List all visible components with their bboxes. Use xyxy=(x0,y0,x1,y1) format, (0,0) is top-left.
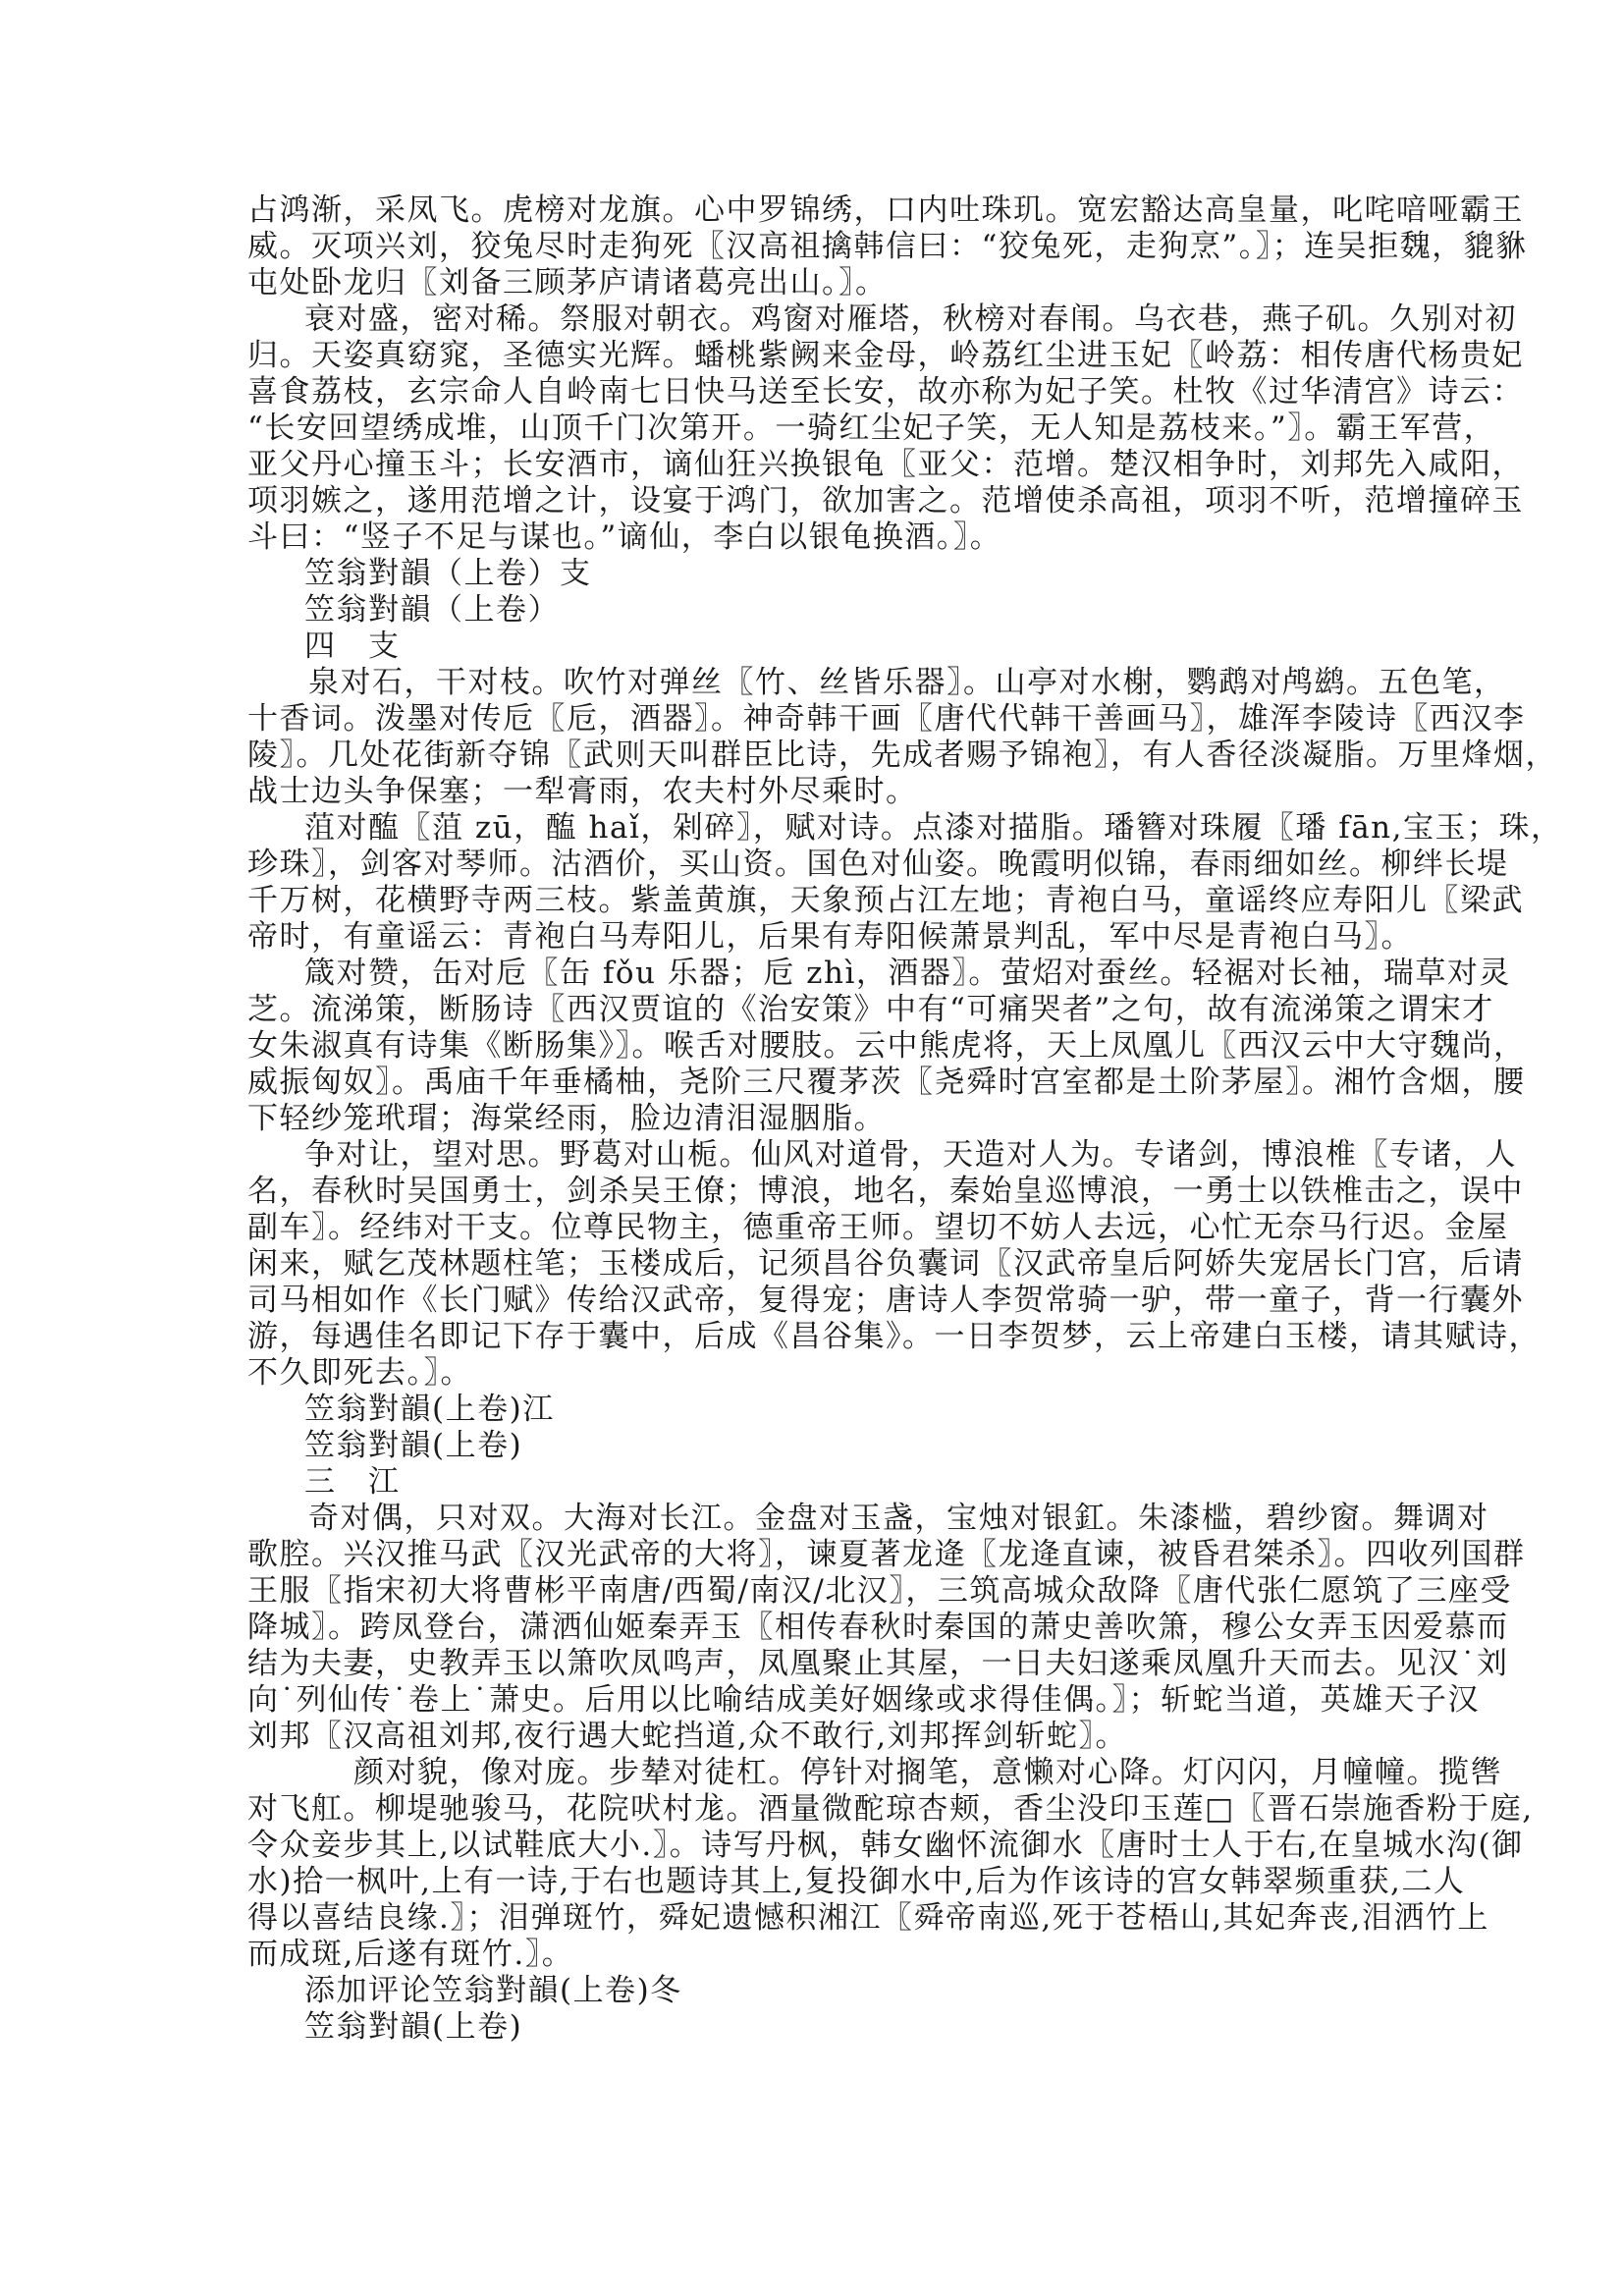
text-line: 菹对醢〖菹 zū，醢 haǐ，剁碎〗，赋对诗。点漆对描脂。璠簪对珠履〖璠 fān… xyxy=(247,810,1386,847)
text-line: 威振匈奴〗。禹庙千年垂橘柚，尧阶三尺覆茅茨〖尧舜时宫室都是土阶茅屋〗。湘竹含烟，… xyxy=(247,1065,1386,1101)
text-line: 歌腔。兴汉推马武〖汉光武帝的大将〗，谏夏著龙逄〖龙逄直谏，被昏君桀杀〗。四收列国… xyxy=(247,1537,1386,1573)
text-line: 结为夫妻，史教弄玉以箫吹凤鸣声，凤凰聚止其屋，一日夫妇遂乘凤凰升天而去。见汉˙刘 xyxy=(247,1646,1386,1682)
text-line: 屯处卧龙归〖刘备三顾茅庐请诸葛亮出山。〗。 xyxy=(247,265,1386,301)
text-line: 斗曰：“竖子不足与谋也。”谪仙，李白以银龟换酒。〗。 xyxy=(247,519,1386,556)
text-line: 降城〗。跨凤登台，潇洒仙姬秦弄玉〖相传春秋时秦国的萧史善吹箫，穆公女弄玉因爱慕而 xyxy=(247,1610,1386,1646)
text-line: 喜食荔枝，玄宗命人自岭南七日快马送至长安，故亦称为妃子笑。杜牧《过华清宫》诗云： xyxy=(247,374,1386,410)
text-line: 刘邦〖汉高祖刘邦,夜行遇大蛇挡道,众不敢行,刘邦挥剑斩蛇〗。 xyxy=(247,1719,1386,1755)
text-line: 不久即死去。〗。 xyxy=(247,1355,1386,1392)
text-line: 颜对貌，像对庞。步辇对徒杠。停针对搁笔，意懒对心降。灯闪闪，月幢幢。揽辔 xyxy=(247,1755,1386,1791)
text-line: 泉对石，干对枝。吹竹对弹丝〖竹、丝皆乐器〗。山亭对水榭，鹦鹉对鸬鹚。五色笔， xyxy=(247,665,1386,701)
text-line: 奇对偶，只对双。大海对长江。金盘对玉盏，宝烛对银釭。朱漆槛，碧纱窗。舞调对 xyxy=(247,1501,1386,1537)
text-line: 项羽嫉之，遂用范增之计，设宴于鸿门，欲加害之。范增使杀高祖，项羽不听，范增撞碎玉 xyxy=(247,483,1386,519)
text-line: 战士边头争保塞；一犁膏雨，农夫村外尽乘时。 xyxy=(247,774,1386,810)
text-line: 争对让，望对思。野葛对山栀。仙风对道骨，天造对人为。专诸剑，博浪椎〖专诸，人 xyxy=(247,1137,1386,1174)
text-line: 三 江 xyxy=(247,1464,1386,1501)
text-line: 千万树，花横野寺两三枝。紫盖黄旗，天象预占江左地；青袍白马，童谣终应寿阳儿〖梁武 xyxy=(247,883,1386,919)
text-line: “长安回望绣成堆，山顶千门次第开。一骑红尘妃子笑，无人知是荔枝来。”〗。霸王军营… xyxy=(247,410,1386,447)
text-line: 笠翁對韻(上卷)江 xyxy=(247,1392,1386,1428)
text-line: 笠翁對韻（上卷） xyxy=(247,592,1386,629)
text-line: 笠翁對韻(上卷) xyxy=(247,2009,1386,2046)
text-line: 箴对赞，缶对卮〖缶 fǒu 乐器；卮 zhì，酒器〗。萤炤对蚕丝。轻裾对长袖，瑞… xyxy=(247,956,1386,992)
text-line: 游，每遇佳名即记下存于囊中，后成《昌谷集》。一日李贺梦，云上帝建白玉楼，请其赋诗… xyxy=(247,1319,1386,1355)
text-line: 笠翁對韻（上卷）支 xyxy=(247,556,1386,592)
text-line: 得以喜结良缘.〗；泪弹斑竹，舜妃遗憾积湘江〖舜帝南巡,死于苍梧山,其妃奔丧,泪洒… xyxy=(247,1900,1386,1937)
text-line: 水)拾一枫叶,上有一诗,于右也题诗其上,复投御水中,后为作该诗的宫女韩翠频重获,… xyxy=(247,1864,1386,1900)
text-line: 衰对盛，密对稀。祭服对朝衣。鸡窗对雁塔，秋榜对春闱。乌衣巷，燕子矶。久别对初 xyxy=(247,301,1386,338)
text-line: 王服〖指宋初大将曹彬平南唐/西蜀/南汉/北汉〗，三筑高城众敌降〖唐代张仁愿筑了三… xyxy=(247,1573,1386,1610)
text-line: 威。灭项兴刘，狡兔尽时走狗死〖汉高祖擒韩信曰：“狡兔死，走狗烹”。〗；连吴拒魏，… xyxy=(247,229,1386,265)
text-line: 对飞舡。柳堤驰骏马，花院吠村尨。酒量微酡琼杏颊，香尘没印玉莲□〖晋石崇施香粉于庭… xyxy=(247,1791,1386,1828)
text-line: 下轻纱笼玳瑁；海棠经雨，脸边清泪湿胭脂。 xyxy=(247,1101,1386,1137)
text-line: 女朱淑真有诗集《断肠集》〗。喉舌对腰肢。云中熊虎将，天上凤凰儿〖西汉云中大守魏尚… xyxy=(247,1028,1386,1065)
document-page: 占鸿渐，采凤飞。虎榜对龙旗。心中罗锦绣，口内吐珠玑。宽宏豁达高皇量，叱咤喑哑霸王… xyxy=(247,192,1386,2046)
text-line: 归。天姿真窈窕，圣德实光辉。蟠桃紫阙来金母，岭荔红尘进玉妃〖岭荔：相传唐代杨贵妃 xyxy=(247,338,1386,374)
text-line: 向˙列仙传˙卷上˙萧史。后用以比喻结成美好姻缘或求得佳偶。〗；斩蛇当道，英雄天子… xyxy=(247,1682,1386,1719)
text-line: 令众妾步其上,以试鞋底大小.〗。诗写丹枫，韩女幽怀流御水〖唐时士人于右,在皇城水… xyxy=(247,1828,1386,1864)
text-line: 芝。流涕策，断肠诗〖西汉贾谊的《治安策》中有“可痛哭者”之句，故有流涕策之谓宋才 xyxy=(247,992,1386,1028)
text-line: 四 支 xyxy=(247,629,1386,665)
text-line: 亚父丹心撞玉斗；长安酒市，谪仙狂兴换银龟〖亚父：范增。楚汉相争时，刘邦先入咸阳， xyxy=(247,447,1386,483)
text-line: 名，春秋时吴国勇士，剑杀吴王僚；博浪，地名，秦始皇巡博浪，一勇士以铁椎击之，误中 xyxy=(247,1174,1386,1210)
text-line: 笠翁對韻(上卷) xyxy=(247,1428,1386,1464)
text-line: 添加评论笠翁對韻(上卷)冬 xyxy=(247,1973,1386,2009)
text-line: 十香词。泼墨对传卮〖卮，酒器〗。神奇韩干画〖唐代代韩干善画马〗，雄浑李陵诗〖西汉… xyxy=(247,701,1386,738)
text-line: 而成斑,后遂有斑竹.〗。 xyxy=(247,1937,1386,1973)
text-line: 司马相如作《长门赋》传给汉武帝，复得宠；唐诗人李贺常骑一驴，带一童子，背一行囊外 xyxy=(247,1283,1386,1319)
text-line: 陵〗。几处花街新夺锦〖武则天叫群臣比诗，先成者赐予锦袍〗，有人香径淡凝脂。万里烽… xyxy=(247,738,1386,774)
text-line: 副车〗。经纬对干支。位尊民物主，德重帝王师。望切不妨人去远，心忙无奈马行迟。金屋 xyxy=(247,1210,1386,1246)
text-line: 闲来，赋乞茂林题柱笔；玉楼成后，记须昌谷负囊词〖汉武帝皇后阿娇失宠居长门宫，后请 xyxy=(247,1246,1386,1283)
text-line: 帝时，有童谣云：青袍白马寿阳儿，后果有寿阳候萧景判乱，军中尽是青袍白马〗。 xyxy=(247,919,1386,956)
text-line: 珍珠〗，剑客对琴师。沽酒价，买山资。国色对仙姿。晚霞明似锦，春雨细如丝。柳绊长堤 xyxy=(247,847,1386,883)
text-line: 占鸿渐，采凤飞。虎榜对龙旗。心中罗锦绣，口内吐珠玑。宽宏豁达高皇量，叱咤喑哑霸王 xyxy=(247,192,1386,229)
